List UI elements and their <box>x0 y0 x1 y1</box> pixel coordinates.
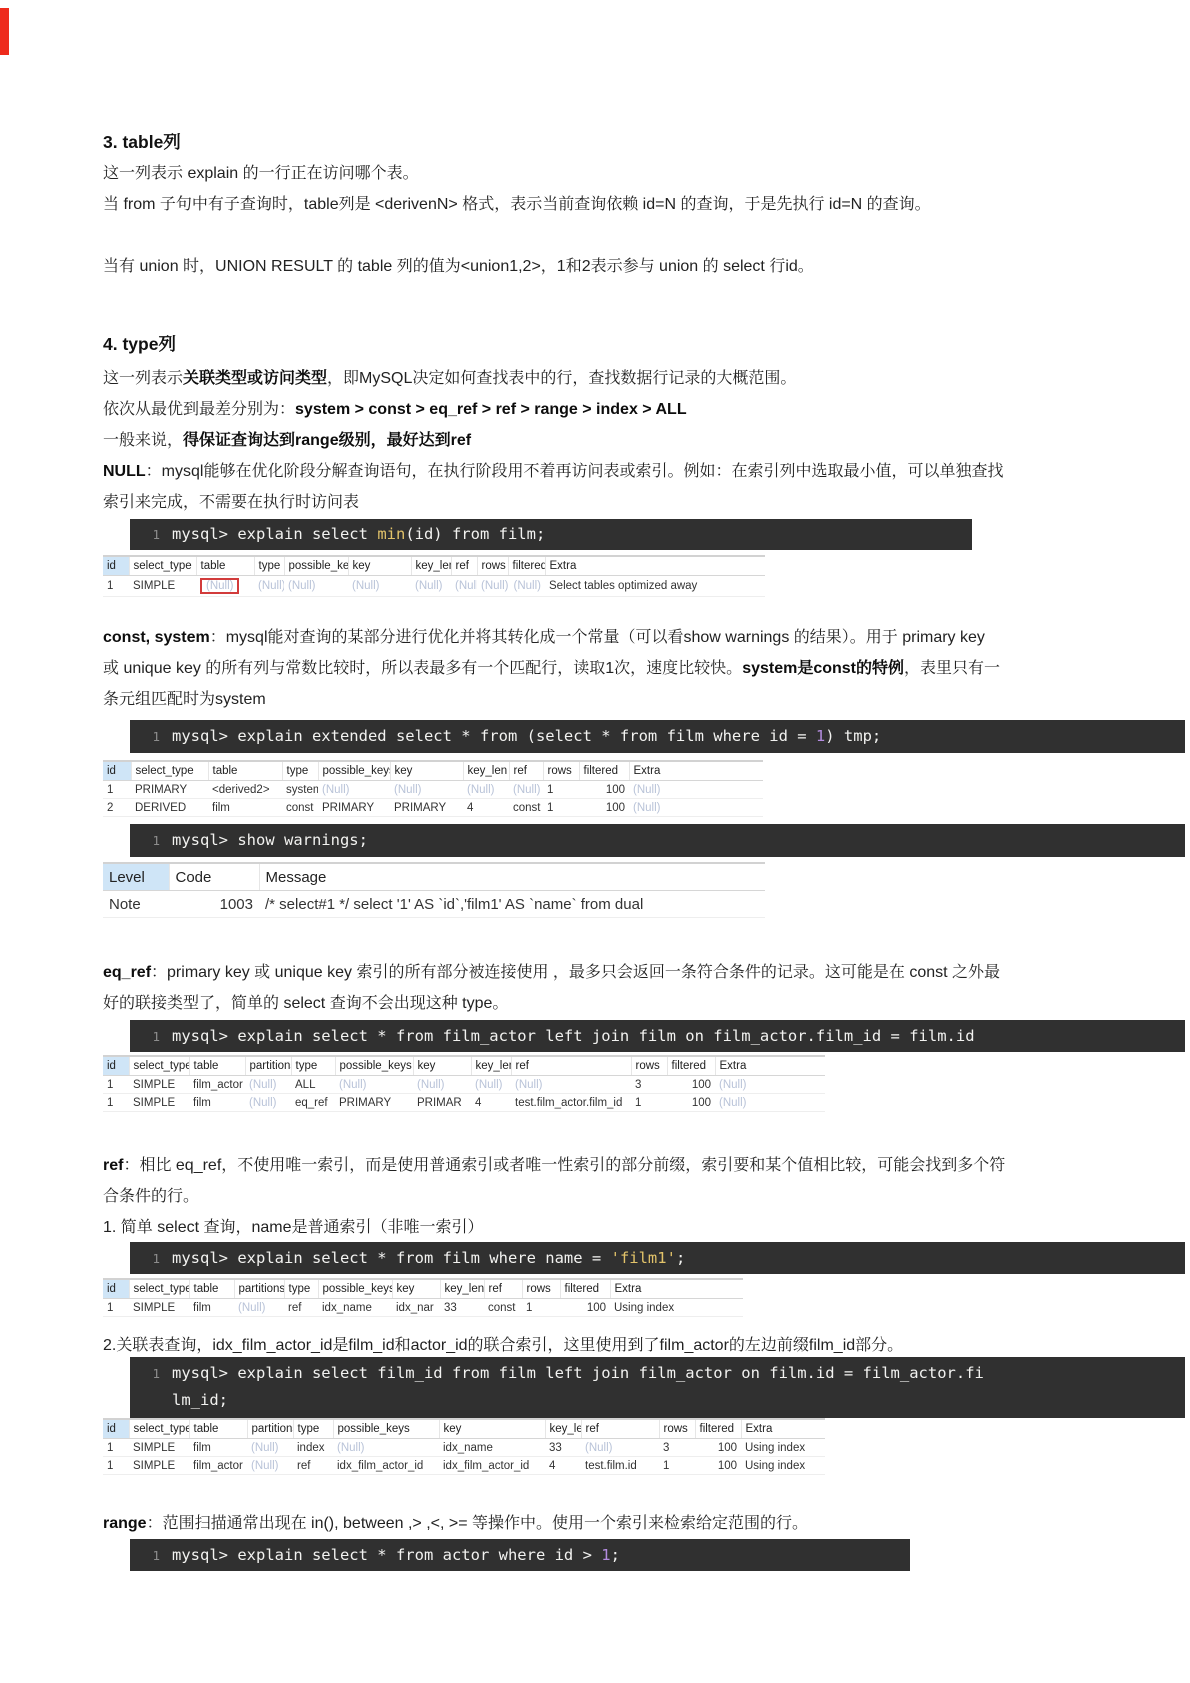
table-cell: film <box>189 1439 247 1457</box>
table-cell: film <box>208 799 282 817</box>
column-header: key <box>413 1056 471 1076</box>
table-cell: PRIMARY <box>131 781 208 799</box>
code-text: mysql> explain select * from film_actor … <box>172 1027 975 1045</box>
table-cell: (Null) <box>196 576 254 597</box>
document-page: { "page": { "marker_color": "#ee2b1c" },… <box>0 0 1190 1683</box>
table-cell: (Null) <box>245 1094 291 1112</box>
column-header: Extra <box>629 761 763 781</box>
table-cell: Using index <box>610 1299 743 1317</box>
table-cell: 2 <box>103 799 131 817</box>
column-header: table <box>208 761 282 781</box>
table-cell: test.film.id <box>581 1457 659 1475</box>
table-cell: (Null) <box>318 781 390 799</box>
table-cell: 1 <box>103 781 131 799</box>
column-header: ref <box>581 1419 659 1439</box>
table-cell: test.film_actor.film_id <box>511 1094 631 1112</box>
table-cell: idx_name <box>318 1299 392 1317</box>
code-block-ref-join: 1mysql> explain select film_id from film… <box>130 1357 1185 1418</box>
ref-item-1: 1. 简单 select 查询，name是普通索引（非唯一索引） <box>103 1212 484 1243</box>
code-text: mysql> explain select film_id from film … <box>172 1364 984 1382</box>
table-row: 1SIMPLEfilm(Null)refidx_nameidx_nar33con… <box>103 1299 743 1317</box>
table-cell: 3 <box>631 1076 667 1094</box>
table-cell: (Null) <box>511 1076 631 1094</box>
table-cell: 1 <box>103 1457 129 1475</box>
column-header: id <box>103 1419 129 1439</box>
table-cell: Using index <box>741 1457 825 1475</box>
line-number: 1 <box>146 1540 160 1571</box>
table-cell: (Null) <box>234 1299 284 1317</box>
type-col-desc-2: 依次从最优到最差分别为：system > const > eq_ref > re… <box>103 394 687 425</box>
column-header: key_len <box>411 556 451 576</box>
table-cell: Using index <box>741 1439 825 1457</box>
column-header: key <box>439 1419 545 1439</box>
code-block-explain-min: 1mysql> explain select min(id) from film… <box>130 519 972 550</box>
column-header: partitions <box>234 1279 284 1299</box>
table-cell: (Null) <box>629 781 763 799</box>
table-cell: film_actor <box>189 1457 247 1475</box>
table-row: 1SIMPLEfilm_actor(Null)ALL(Null)(Null)(N… <box>103 1076 825 1094</box>
code-text: mysql> explain select * from film where … <box>172 1249 611 1267</box>
table-cell: (Null) <box>348 576 411 597</box>
line-number: 1 <box>146 1361 160 1387</box>
table-cell: ref <box>293 1457 333 1475</box>
column-header: rows <box>631 1056 667 1076</box>
table-cell: idx_name <box>439 1439 545 1457</box>
table-cell: (Null) <box>390 781 463 799</box>
column-header: key_len <box>545 1419 581 1439</box>
table-header-row: LevelCodeMessage <box>103 863 765 891</box>
table-cell: (Null) <box>245 1076 291 1094</box>
column-header: table <box>189 1279 234 1299</box>
table-cell: 100 <box>579 799 629 817</box>
column-header: possible_keys <box>284 556 348 576</box>
table-cell: film_actor <box>189 1076 245 1094</box>
table-header-row: idselect_typetablepartitionstypepossible… <box>103 1056 825 1076</box>
table-header-row: idselect_typetablepartitionstypepossible… <box>103 1279 743 1299</box>
table-cell: (Null) <box>335 1076 413 1094</box>
table-cell: ref <box>284 1299 318 1317</box>
column-header: rows <box>522 1279 560 1299</box>
table-cell: 1 <box>103 1076 129 1094</box>
type-null-desc: NULL：mysql能够在优化阶段分解查询语句，在执行阶段用不着再访问表或索引。… <box>103 456 1005 518</box>
table-cell: (Null) <box>508 576 545 597</box>
column-header: filtered <box>667 1056 715 1076</box>
table-cell: 100 <box>579 781 629 799</box>
column-header: key_len <box>463 761 509 781</box>
column-header: partitions <box>247 1419 293 1439</box>
column-header: table <box>189 1056 245 1076</box>
table-cell: film <box>189 1094 245 1112</box>
column-header: Extra <box>715 1056 825 1076</box>
column-header: partitions <box>245 1056 291 1076</box>
table-row: 1SIMPLE(Null)(Null)(Null)(Null)(Null)(Nu… <box>103 576 765 597</box>
column-header: select_type <box>129 1279 189 1299</box>
table-cell: 1 <box>103 1439 129 1457</box>
table-cell: (Null) <box>509 781 543 799</box>
table-cell: 1 <box>543 799 579 817</box>
column-header: key_len <box>440 1279 484 1299</box>
table-cell: eq_ref <box>291 1094 335 1112</box>
table-cell: 1 <box>631 1094 667 1112</box>
code-token-function: min <box>377 525 405 543</box>
table-cell: 33 <box>545 1439 581 1457</box>
column-header: filtered <box>695 1419 741 1439</box>
show-warnings-table: LevelCodeMessageNote1003/* select#1 */ s… <box>103 862 765 918</box>
table-cell: (Null) <box>247 1457 293 1475</box>
explain-result-table-ref: idselect_typetablepartitionstypepossible… <box>103 1278 743 1317</box>
table-cell: (Null) <box>284 576 348 597</box>
table-cell: 1 <box>103 1094 129 1112</box>
column-header: type <box>284 1279 318 1299</box>
type-col-desc-3: 一般来说，得保证查询达到range级别，最好达到ref <box>103 425 471 456</box>
table-row: 1SIMPLEfilm(Null)eq_refPRIMARYPRIMAR4tes… <box>103 1094 825 1112</box>
line-number: 1 <box>146 1243 160 1274</box>
column-header: select_type <box>129 1419 189 1439</box>
explain-result-table-eq-ref: idselect_typetablepartitionstypepossible… <box>103 1055 825 1112</box>
table-cell: 4 <box>545 1457 581 1475</box>
code-block-explain-extended: 1mysql> explain extended select * from (… <box>130 720 1185 753</box>
table-cell: SIMPLE <box>129 1076 189 1094</box>
column-header: type <box>291 1056 335 1076</box>
code-token-string: 'film1' <box>611 1249 676 1267</box>
column-header: key_len <box>471 1056 511 1076</box>
code-token-number: 1 <box>816 727 825 745</box>
table-cell: (Null) <box>333 1439 439 1457</box>
table-cell: Select tables optimized away <box>545 576 765 597</box>
column-header: filtered <box>560 1279 610 1299</box>
line-number: 1 <box>146 519 160 550</box>
table-cell: PRIMARY <box>318 799 390 817</box>
column-header: possible_keys <box>333 1419 439 1439</box>
table-cell: idx_nar <box>392 1299 440 1317</box>
column-header: ref <box>451 556 477 576</box>
column-header: Extra <box>610 1279 743 1299</box>
column-header: select_type <box>131 761 208 781</box>
column-header: type <box>254 556 284 576</box>
column-header: Message <box>259 863 765 891</box>
table-cell: ALL <box>291 1076 335 1094</box>
column-header: type <box>282 761 318 781</box>
table-cell: (Null) <box>581 1439 659 1457</box>
table-cell: 1 <box>543 781 579 799</box>
table-cell: 3 <box>659 1439 695 1457</box>
table-cell: SIMPLE <box>129 576 196 597</box>
code-token-number: 1 <box>601 1546 610 1564</box>
table-cell: 1003 <box>169 891 259 918</box>
table-col-desc-2: 当 from 子句中有子查询时，table列是 <derivenN> 格式，表示… <box>103 189 1005 220</box>
line-number: 1 <box>146 1021 160 1052</box>
table-cell: const <box>509 799 543 817</box>
table-cell: SIMPLE <box>129 1299 189 1317</box>
column-header: Code <box>169 863 259 891</box>
table-cell: (Null) <box>451 576 477 597</box>
column-header: filtered <box>579 761 629 781</box>
column-header: rows <box>543 761 579 781</box>
code-text: (id) from film; <box>405 525 545 543</box>
type-col-desc-1: 这一列表示关联类型或访问类型，即MySQL决定如何查找表中的行，查找数据行记录的… <box>103 363 796 394</box>
table-cell: (Null) <box>254 576 284 597</box>
explain-result-table-ref-join: idselect_typetablepartitionstypepossible… <box>103 1418 825 1475</box>
table-cell: 1 <box>659 1457 695 1475</box>
code-text: ; <box>676 1249 685 1267</box>
code-text: mysql> explain select <box>172 525 377 543</box>
column-header: ref <box>484 1279 522 1299</box>
table-cell: 100 <box>667 1094 715 1112</box>
line-number: 1 <box>146 824 160 857</box>
table-cell: PRIMAR <box>413 1094 471 1112</box>
column-header: rows <box>477 556 508 576</box>
table-cell: (Null) <box>715 1094 825 1112</box>
line-number: 1 <box>146 720 160 753</box>
code-block-eq-ref: 1mysql> explain select * from film_actor… <box>130 1020 1185 1052</box>
table-cell: 1 <box>522 1299 560 1317</box>
column-header: id <box>103 1056 129 1076</box>
table-cell: PRIMARY <box>390 799 463 817</box>
table-cell: 100 <box>695 1439 741 1457</box>
code-text: ) tmp; <box>825 727 881 745</box>
code-block-range: 1mysql> explain select * from actor wher… <box>130 1539 910 1571</box>
column-header: filtered <box>508 556 545 576</box>
table-col-desc-3: 当有 union 时，UNION RESULT 的 table 列的值为<uni… <box>103 251 814 282</box>
column-header: id <box>103 556 129 576</box>
code-text: ; <box>611 1546 620 1564</box>
table-header-row: idselect_typetablepartitionstypepossible… <box>103 1419 825 1439</box>
column-header: select_type <box>129 1056 189 1076</box>
table-cell: <derived2> <box>208 781 282 799</box>
table-row: Note1003/* select#1 */ select '1' AS `id… <box>103 891 765 918</box>
table-cell: 4 <box>471 1094 511 1112</box>
table-cell: 1 <box>103 576 129 597</box>
column-header: Extra <box>741 1419 825 1439</box>
table-header-row: idselect_typetabletypepossible_keyskeyke… <box>103 556 765 576</box>
section-title-type-col: 4. type列 <box>103 331 176 356</box>
column-header: ref <box>509 761 543 781</box>
table-cell: 100 <box>695 1457 741 1475</box>
column-header: ref <box>511 1056 631 1076</box>
table-cell: 1 <box>103 1299 129 1317</box>
table-cell: (Null) <box>247 1439 293 1457</box>
eq-ref-desc: eq_ref：primary key 或 unique key 索引的所有部分被… <box>103 957 1003 1019</box>
table-cell: idx_film_actor_id <box>439 1457 545 1475</box>
table-cell: const <box>282 799 318 817</box>
table-cell: SIMPLE <box>129 1457 189 1475</box>
table-cell: film <box>189 1299 234 1317</box>
table-cell: DERIVED <box>131 799 208 817</box>
table-cell: system <box>282 781 318 799</box>
column-header: key <box>392 1279 440 1299</box>
table-row: 1PRIMARY<derived2>system(Null)(Null)(Nul… <box>103 781 763 799</box>
table-cell: SIMPLE <box>129 1094 189 1112</box>
column-header: Level <box>103 863 169 891</box>
column-header: id <box>103 1279 129 1299</box>
ref-desc: ref：相比 eq_ref，不使用唯一索引，而是使用普通索引或者唯一性索引的部分… <box>103 1150 1006 1212</box>
column-header: select_type <box>129 556 196 576</box>
column-header: table <box>196 556 254 576</box>
table-cell: index <box>293 1439 333 1457</box>
page-edge-red-marker <box>0 8 9 55</box>
column-header: id <box>103 761 131 781</box>
code-text: mysql> explain extended select * from (s… <box>172 727 816 745</box>
table-cell: (Null) <box>477 576 508 597</box>
column-header: possible_keys <box>318 1279 392 1299</box>
table-row: 1SIMPLEfilm(Null)index(Null)idx_name33(N… <box>103 1439 825 1457</box>
table-cell: idx_film_actor_id <box>333 1457 439 1475</box>
table-row: 2DERIVEDfilmconstPRIMARYPRIMARY4const110… <box>103 799 763 817</box>
table-cell: (Null) <box>629 799 763 817</box>
table-cell: (Null) <box>411 576 451 597</box>
table-col-desc-1: 这一列表示 explain 的一行正在访问哪个表。 <box>103 158 419 189</box>
table-cell: (Null) <box>413 1076 471 1094</box>
column-header: rows <box>659 1419 695 1439</box>
table-header-row: idselect_typetabletypepossible_keyskeyke… <box>103 761 763 781</box>
column-header: Extra <box>545 556 765 576</box>
table-cell: (Null) <box>471 1076 511 1094</box>
table-row: 1SIMPLEfilm_actor(Null)refidx_film_actor… <box>103 1457 825 1475</box>
table-cell: /* select#1 */ select '1' AS `id`,'film1… <box>259 891 765 918</box>
table-cell: 100 <box>667 1076 715 1094</box>
section-title-table-col: 3. table列 <box>103 129 181 154</box>
explain-result-table-null: idselect_typetabletypepossible_keyskeyke… <box>103 555 765 597</box>
range-desc: range：范围扫描通常出现在 in(), between ,> ,<, >= … <box>103 1508 1006 1539</box>
column-header: key <box>390 761 463 781</box>
table-cell: 4 <box>463 799 509 817</box>
table-cell: const <box>484 1299 522 1317</box>
table-cell: 100 <box>560 1299 610 1317</box>
column-header: table <box>189 1419 247 1439</box>
code-text: mysql> show warnings; <box>172 831 368 849</box>
table-cell: 33 <box>440 1299 484 1317</box>
const-system-desc: const, system：mysql能对查询的某部分进行优化并将其转化成一个常… <box>103 622 1001 715</box>
column-header: key <box>348 556 411 576</box>
column-header: type <box>293 1419 333 1439</box>
column-header: possible_keys <box>318 761 390 781</box>
table-cell: SIMPLE <box>129 1439 189 1457</box>
code-text-continuation: lm_id; <box>172 1391 228 1409</box>
table-cell: PRIMARY <box>335 1094 413 1112</box>
explain-result-table-derived: idselect_typetabletypepossible_keyskeyke… <box>103 760 763 817</box>
table-cell: (Null) <box>715 1076 825 1094</box>
code-text: mysql> explain select * from actor where… <box>172 1546 601 1564</box>
table-cell: (Null) <box>463 781 509 799</box>
table-cell: Note <box>103 891 169 918</box>
code-block-ref-simple: 1mysql> explain select * from film where… <box>130 1242 1185 1274</box>
code-block-show-warnings: 1mysql> show warnings; <box>130 824 1185 857</box>
column-header: possible_keys <box>335 1056 413 1076</box>
